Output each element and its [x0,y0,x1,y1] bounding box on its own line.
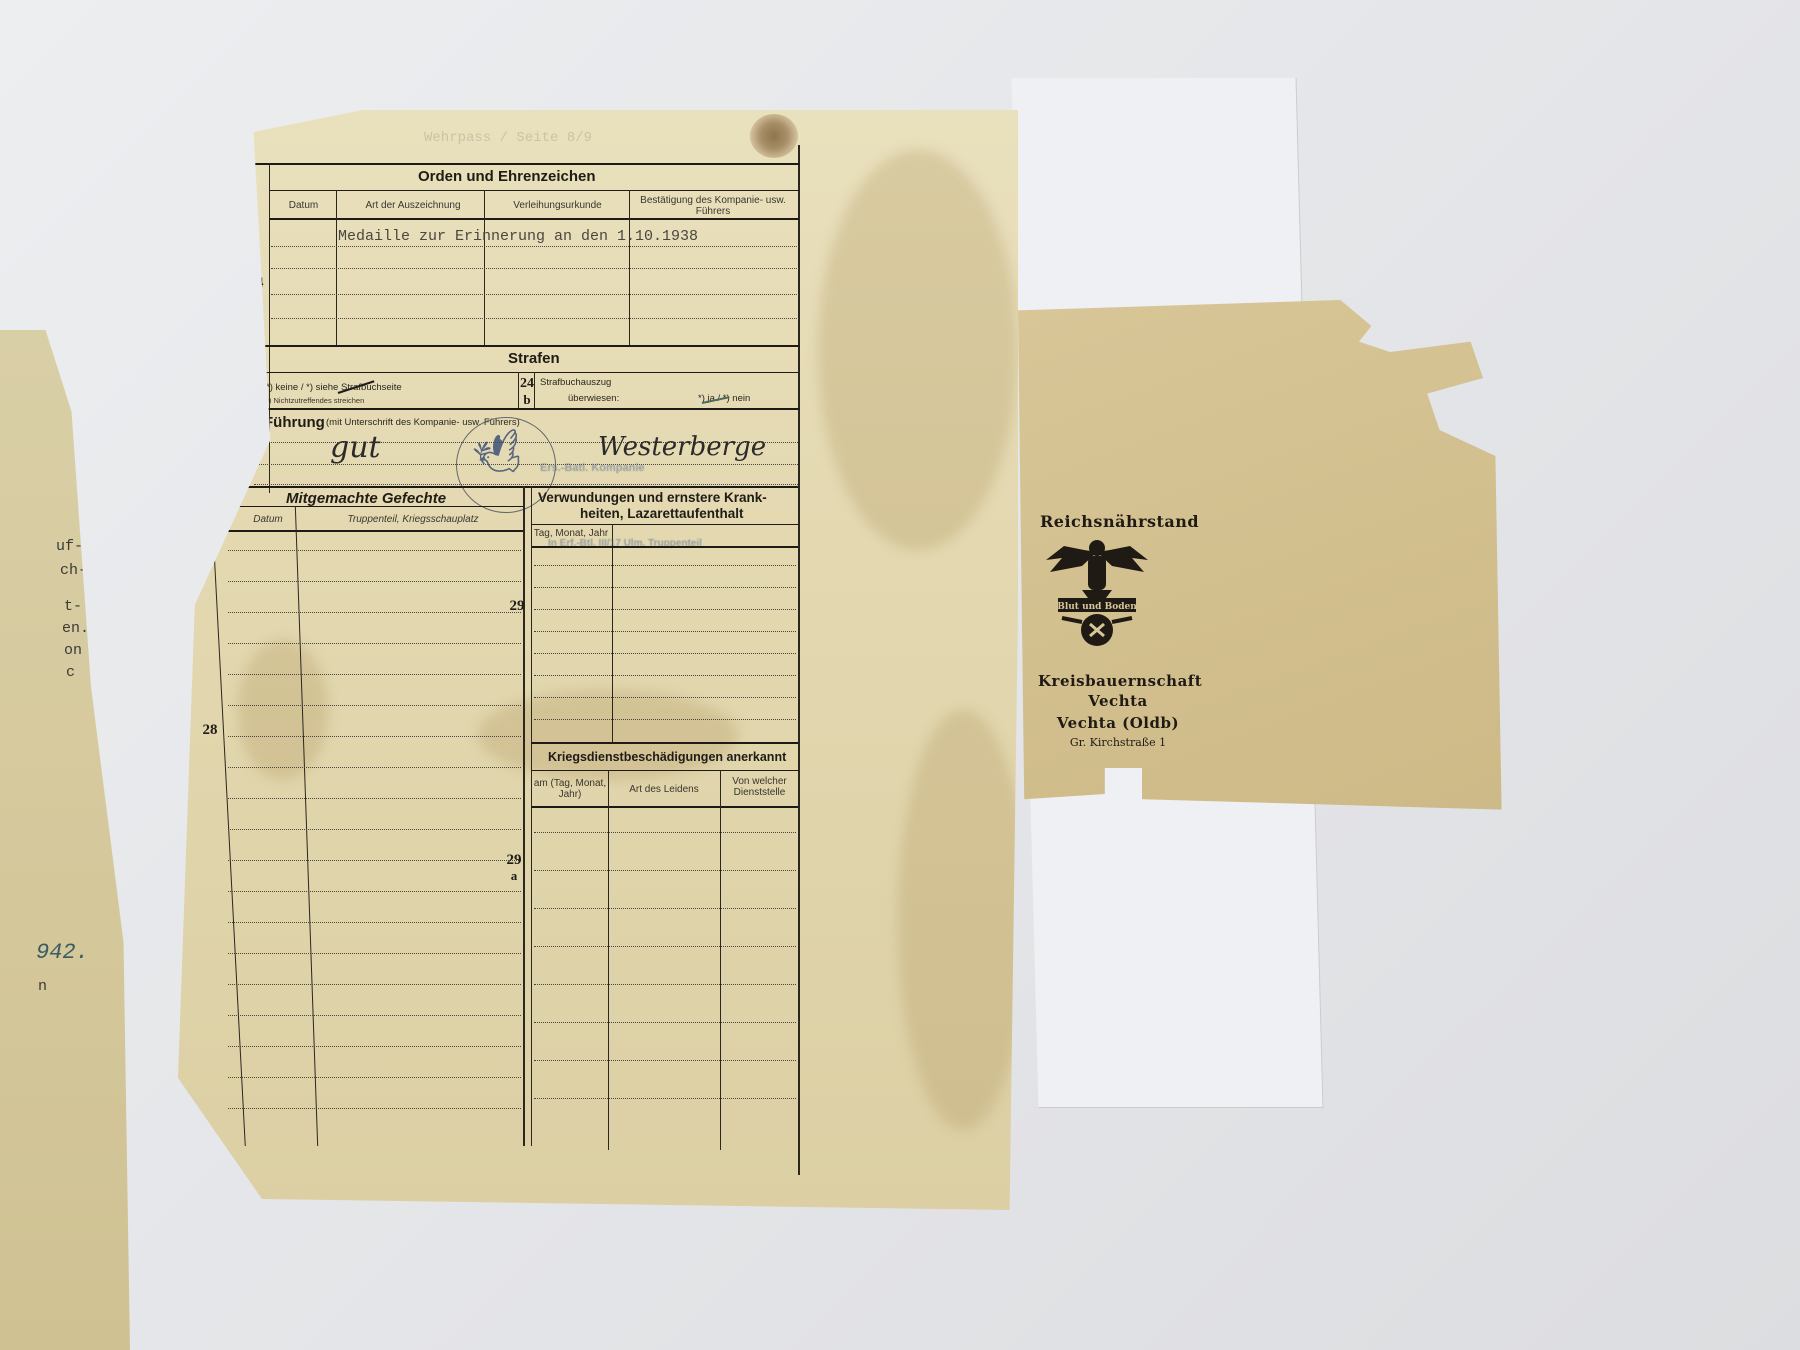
eagle-emblem-icon: Blut und Boden [1042,532,1152,657]
table-row-line [228,581,521,582]
strafen-footnote: *) Nichtzutreffendes streichen [266,396,364,405]
table-row-line [228,984,521,985]
table-row-line [534,653,796,654]
table-row-line [228,953,521,954]
typed-fragment: en. [62,620,89,637]
table-row-line [534,631,796,632]
wehrpass-form-page: Wehrpass / Seite 8/9 Orden und Ehrenzeic… [178,110,1018,1210]
column-header: Von welcher Dienststelle [722,776,797,798]
column-header: Datum [271,200,336,211]
section-title-orden: Orden und Ehrenzeichen [418,168,596,185]
table-row-line [228,705,521,706]
section-title-kriegsdienst: Kriegsdienstbeschädigungen anerkannt [548,750,786,764]
table-row-line [534,675,796,676]
table-row-line [228,550,521,551]
typed-fragment: t- [64,598,82,615]
section-title-verwundungen-2: heiten, Lazarettaufenthalt [580,506,744,521]
typed-fragment: c [66,664,75,681]
column-header: Art des Leidens [610,784,718,795]
section-title-verwundungen: Verwundungen und ernstere Krank- [538,490,767,505]
table-row-line [228,1077,521,1078]
table-row-line [228,798,521,799]
table-row-line [534,609,796,610]
column-header: Bestätigung des Kompanie- usw. Führers [628,195,798,217]
typed-fragment: n [38,978,47,995]
faded-offset-text: Wehrpass / Seite 8/9 [424,130,592,146]
table-row-line [534,984,796,985]
field-number: 29 [505,598,529,614]
table-row-line [228,829,521,830]
column-header: Art der Auszeichnung [338,200,488,211]
field-subletter: b [518,392,536,408]
card-line-1: Kreisbauernschaft [1038,672,1198,690]
typed-fragment: on [64,642,82,659]
commander-signature: Westerberge [598,432,766,462]
table-row-line [534,870,796,871]
table-row-line [228,1046,521,1047]
table-row-line [534,1098,796,1099]
table-row-line [228,736,521,737]
table-row-line [534,908,796,909]
field-subletter: a [502,868,526,884]
table-row-line [228,891,521,892]
table-row-line [228,643,521,644]
table-row-line [534,719,796,720]
table-row-line [228,767,521,768]
section-title-fuehrung: Führung [264,414,325,431]
column-header: Truppenteil, Kriegsschauplatz [308,514,518,525]
column-header: Verleihungsurkunde [485,200,630,211]
card-line-2: Vechta [1038,692,1198,710]
stamp-text: Ers.-Batl. Kompanie [540,462,645,474]
card-line-3: Vechta (Oldb) [1038,714,1198,732]
table-row-line [534,1060,796,1061]
table-row-line [228,674,521,675]
typed-fragment: uf- [56,538,83,555]
strafen-options: *) keine / *) siehe Strafbuchseite [266,382,402,393]
ueberwiesen-label: überwiesen: [568,393,619,404]
table-row-line [228,1015,521,1016]
orden-entry[interactable]: Medaille zur Erinnerung an den 1.10.1938 [338,228,698,245]
field-number: 29 [502,852,526,868]
column-header: am (Tag, Monat, Jahr) [530,778,610,800]
section-title-strafen: Strafen [508,350,560,367]
table-row-line [534,1022,796,1023]
table-row-line [534,946,796,947]
section-title-gefechte: Mitgemachte Gefechte [286,490,446,507]
table-row-line [534,832,796,833]
field-number: 24 [518,376,536,392]
card-header: Reichsnährstand [1040,512,1190,531]
table-row-line [534,587,796,588]
table-row-line [228,1108,521,1109]
table-row-line [534,565,796,566]
card-line-4: Gr. Kirchstraße 1 [1038,736,1198,749]
table-row-line [228,860,521,861]
table-row-line [534,697,796,698]
strafbuch-label: Strafbuchauszug [540,377,611,388]
svg-text:Blut und Boden: Blut und Boden [1057,602,1137,612]
table-row-line [228,922,521,923]
handwritten-rating: gut [330,430,381,465]
punch-hole-stain [750,114,798,158]
table-row-line [228,612,521,613]
handwritten-date: 942. [36,940,89,965]
eagle-stamp-icon: 🕊 [468,425,532,487]
field-number: 28 [198,722,222,738]
